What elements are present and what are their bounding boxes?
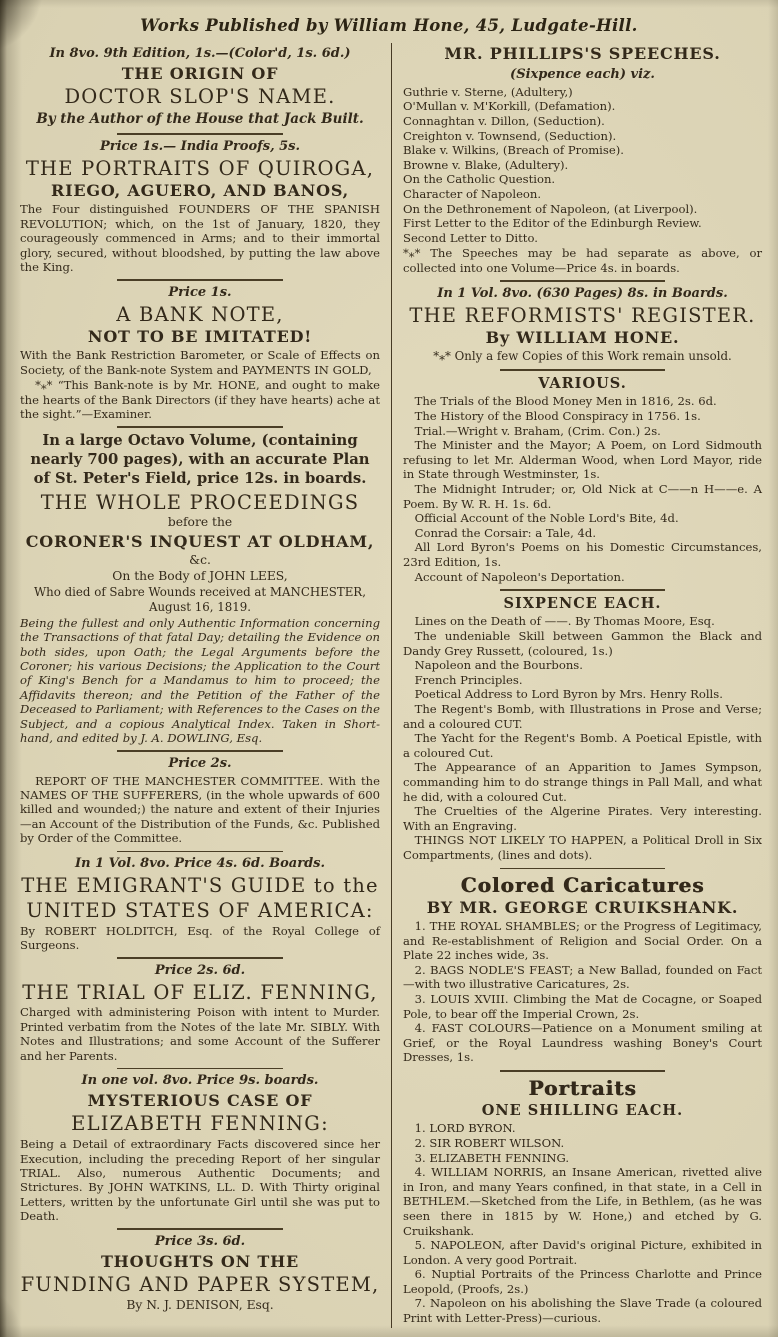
title-line: FUNDING AND PAPER SYSTEM, (20, 1273, 380, 1297)
heading-line: ONE SHILLING EACH. (403, 1102, 762, 1121)
list-item: French Principles. (403, 673, 762, 688)
section: Price 2s.REPORT OF THE MANCHESTER COMMIT… (20, 756, 380, 852)
page-title: Works Published by William Hone, 45, Lud… (0, 0, 778, 35)
title-line: THE WHOLE PROCEEDINGS (20, 491, 380, 515)
list-item: All Lord Byron's Poems on his Domestic C… (403, 540, 762, 569)
right-column: MR. PHILLIPS'S SPEECHES.(Sixpence each) … (391, 43, 762, 1328)
title-line: THE PORTRAITS OF QUIROGA, (20, 157, 380, 181)
title-line: RIEGO, AGUERO, AND BANOS, (20, 181, 380, 201)
list-item: Connaghtan v. Dillon, (Seduction). (403, 114, 762, 129)
section-divider (117, 133, 283, 135)
section: Price 3s. 6d.THOUGHTS ON THEFUNDING AND … (20, 1234, 380, 1313)
section: In 8vo. 9th Edition, 1s.—(Color'd, 1s. 6… (20, 46, 380, 135)
section-divider (500, 1070, 665, 1072)
body-paragraph: Charged with administering Poison with i… (20, 1005, 380, 1063)
body-paragraph: *⁎* The Speeches may be had separate as … (403, 246, 762, 275)
section: MR. PHILLIPS'S SPEECHES.(Sixpence each) … (403, 44, 762, 282)
body-paragraph: *⁎* “This Bank-note is by Mr. HONE, and … (20, 378, 380, 421)
list-item: 6. Nuptial Portraits of the Princess Cha… (403, 1267, 762, 1296)
list-item: Official Account of the Noble Lord's Bit… (403, 511, 762, 526)
list-item: The Minister and the Mayor; A Poem, on L… (403, 438, 762, 482)
list-item: The Regent's Bomb, with Illustrations in… (403, 702, 762, 731)
section-divider (500, 280, 665, 282)
list-item: Browne v. Blake, (Adultery). (403, 158, 762, 173)
list-item: Blake v. Wilkins, (Breach of Promise). (403, 143, 762, 158)
title-line: DOCTOR SLOP'S NAME. (20, 85, 380, 109)
section-divider (117, 750, 283, 752)
body-paragraph: The Four distinguished FOUNDERS OF THE S… (20, 202, 380, 274)
section: Colored CaricaturesBY MR. GEORGE CRUIKSH… (403, 873, 762, 1071)
title-line: CORONER'S INQUEST AT OLDHAM, (20, 532, 380, 552)
body-paragraph: Being a Detail of extraordinary Facts di… (20, 1137, 380, 1223)
gothic-heading: Colored Caricatures (403, 873, 762, 897)
section-divider (500, 589, 665, 591)
section: Price 1s.— India Proofs, 5s.THE PORTRAIT… (20, 139, 380, 281)
list-item: Character of Napoleon. (403, 187, 762, 202)
title-line: UNITED STATES OF AMERICA: (20, 899, 380, 923)
list-item: Trial.—Wright v. Braham, (Crim. Con.) 2s… (403, 424, 762, 439)
price-line: In 1 Vol. 8vo. (630 Pages) 8s. in Boards… (403, 286, 762, 303)
section: VARIOUS.The Trials of the Blood Money Me… (403, 375, 762, 591)
list-item: The Midnight Intruder; or, Old Nick at C… (403, 482, 762, 511)
section-divider (117, 957, 283, 959)
list-item: 7. Napoleon on his abolishing the Slave … (403, 1296, 762, 1325)
list-item: THINGS NOT LIKELY TO HAPPEN, a Political… (403, 833, 762, 862)
list-item: 2. BAGS NODLE'S FEAST; a New Ballad, fou… (403, 963, 762, 992)
heading-line: VARIOUS. (403, 375, 762, 394)
body-paragraph: REPORT OF THE MANCHESTER COMMITTEE. With… (20, 774, 380, 846)
price-line: Price 2s. 6d. (20, 963, 380, 980)
list-item: 2. SIR ROBERT WILSON. (403, 1136, 762, 1151)
list-item: Guthrie v. Sterne, (Adultery,) (403, 85, 762, 100)
title-line: MYSTERIOUS CASE OF (20, 1091, 380, 1111)
lead-paragraph: In a large Octavo Volume, (containing ne… (20, 432, 380, 489)
list-item: 1. THE ROYAL SHAMBLES; or the Progress o… (403, 919, 762, 963)
price-line: In one vol. 8vo. Price 9s. boards. (20, 1073, 380, 1090)
gothic-heading: Portraits (403, 1076, 762, 1100)
title-line: THE ORIGIN OF (20, 64, 380, 84)
heading-line: SIXPENCE EACH. (403, 595, 762, 614)
list-item: Lines on the Death of ——. By Thomas Moor… (403, 614, 762, 629)
price-line: In 8vo. 9th Edition, 1s.—(Color'd, 1s. 6… (20, 46, 380, 63)
list-item: The Yacht for the Regent's Bomb. A Poeti… (403, 731, 762, 760)
section-divider (117, 1068, 283, 1070)
price-line: Price 2s. (20, 756, 380, 773)
centered-line: Who died of Sabre Wounds received at MAN… (20, 585, 380, 614)
list-item: The Trials of the Blood Money Men in 181… (403, 394, 762, 409)
list-item: Poetical Address to Lord Byron by Mrs. H… (403, 687, 762, 702)
list-item: 5. NAPOLEON, after David's original Pict… (403, 1238, 762, 1267)
two-column-layout: In 8vo. 9th Edition, 1s.—(Color'd, 1s. 6… (0, 35, 778, 1328)
section-divider (117, 851, 283, 853)
section-divider (117, 1228, 283, 1230)
list-item: Napoleon and the Bourbons. (403, 658, 762, 673)
list-item: Second Letter to Ditto. (403, 231, 762, 246)
list-item: 3. ELIZABETH FENNING. (403, 1151, 762, 1166)
price-line: In 1 Vol. 8vo. Price 4s. 6d. Boards. (20, 856, 380, 873)
list-item: Conrad the Corsair: a Tale, 4d. (403, 526, 762, 541)
section: In 1 Vol. 8vo. Price 4s. 6d. Boards.THE … (20, 856, 380, 959)
price-line: (Sixpence each) viz. (403, 67, 762, 84)
title-line: THE EMIGRANT'S GUIDE to the (20, 874, 380, 898)
body-paragraph: By ROBERT HOLDITCH, Esq. of the Royal Co… (20, 924, 380, 953)
price-line: Price 1s. (20, 285, 380, 302)
body-paragraph: With the Bank Restriction Barometer, or … (20, 348, 380, 377)
byline: By the Author of the House that Jack Bui… (20, 111, 380, 129)
list-item: 4. WILLIAM NORRIS, an Insane American, r… (403, 1165, 762, 1238)
section: PortraitsONE SHILLING EACH.1. LORD BYRON… (403, 1076, 762, 1326)
list-item: 3. LOUIS XVIII. Climbing the Mat de Coca… (403, 992, 762, 1021)
title-line: THOUGHTS ON THE (20, 1252, 380, 1272)
list-item: The undeniable Skill between Gammon the … (403, 629, 762, 658)
section-divider (117, 426, 283, 428)
section: Price 1s.A BANK NOTE,NOT TO BE IMITATED!… (20, 285, 380, 428)
left-column: In 8vo. 9th Edition, 1s.—(Color'd, 1s. 6… (20, 43, 391, 1328)
section-divider (500, 369, 665, 371)
list-item: The Appearance of an Apparition to James… (403, 760, 762, 804)
title-line: A BANK NOTE, (20, 303, 380, 327)
section: SIXPENCE EACH.Lines on the Death of ——. … (403, 595, 762, 869)
section: In one vol. 8vo. Price 9s. boards.MYSTER… (20, 1073, 380, 1229)
section: Price 2s. 6d.THE TRIAL OF ELIZ. FENNING,… (20, 963, 380, 1070)
list-item: On the Catholic Question. (403, 172, 762, 187)
title-line: By WILLIAM HONE. (403, 328, 762, 348)
list-item: Creighton v. Townsend, (Seduction). (403, 129, 762, 144)
title-line: THE REFORMISTS' REGISTER. (403, 304, 762, 328)
subtitle-line: &c. (20, 553, 380, 568)
centered-line: *⁎* Only a few Copies of this Work remai… (403, 349, 762, 364)
title-line: ELIZABETH FENNING: (20, 1112, 380, 1136)
list-item: 4. FAST COLOURS—Patience on a Monument s… (403, 1021, 762, 1065)
list-item: O'Mullan v. M'Korkill, (Defamation). (403, 99, 762, 114)
section: In 1 Vol. 8vo. (630 Pages) 8s. in Boards… (403, 286, 762, 371)
title-line: BY MR. GEORGE CRUIKSHANK. (403, 898, 762, 918)
list-item: 1. LORD BYRON. (403, 1121, 762, 1136)
title-line: NOT TO BE IMITATED! (20, 327, 380, 347)
title-line: MR. PHILLIPS'S SPEECHES. (403, 44, 762, 64)
list-item: Account of Napoleon's Deportation. (403, 570, 762, 585)
list-item: First Letter to the Editor of the Edinbu… (403, 216, 762, 231)
subtitle-line: On the Body of JOHN LEES, (20, 569, 380, 584)
title-line: THE TRIAL OF ELIZ. FENNING, (20, 981, 380, 1005)
section-divider (117, 279, 283, 281)
section: In a large Octavo Volume, (containing ne… (20, 432, 380, 752)
body-paragraph-italic: Being the fullest and only Authentic Inf… (20, 616, 380, 745)
price-line: Price 1s.— India Proofs, 5s. (20, 139, 380, 156)
price-line: Price 3s. 6d. (20, 1234, 380, 1251)
list-item: On the Dethronement of Napoleon, (at Liv… (403, 202, 762, 217)
list-item: The History of the Blood Conspiracy in 1… (403, 409, 762, 424)
section-divider (500, 868, 665, 870)
list-item: The Cruelties of the Algerine Pirates. V… (403, 804, 762, 833)
subtitle-line: By N. J. DENISON, Esq. (20, 1298, 380, 1313)
subtitle-line: before the (20, 515, 380, 530)
